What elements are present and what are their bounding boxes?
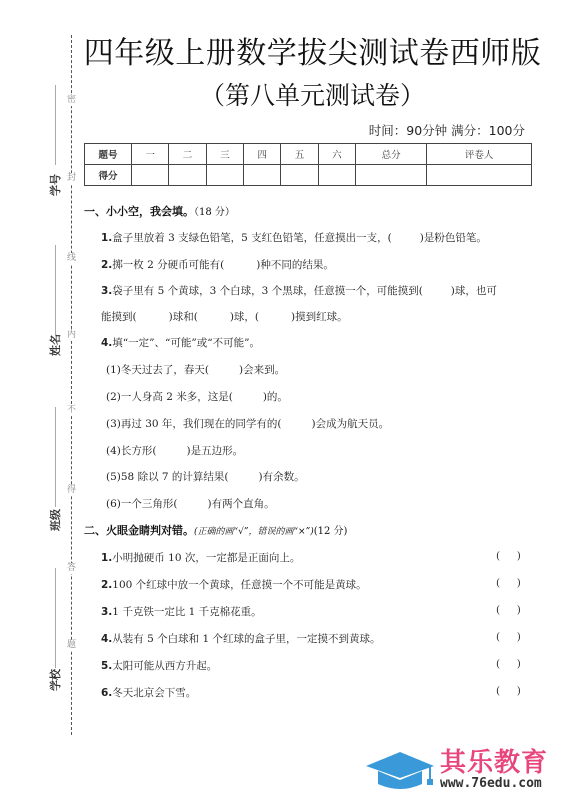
question-text: )会成为航天员。 bbox=[312, 418, 390, 430]
student-id-label: 学号 bbox=[47, 176, 63, 196]
name-label: 姓名 bbox=[47, 336, 63, 356]
class-line bbox=[55, 407, 56, 507]
question-text: 掷一枚 2 分硬币可能有( bbox=[112, 259, 224, 271]
question-1-3: 3.袋子里有 5 个黄球，3 个白球，3 个黑球，任意摸一个，可能摸到()球，也… bbox=[101, 283, 497, 298]
time-score-info: 时间：90分钟 满分：100分 bbox=[369, 121, 525, 139]
table-cell: 三 bbox=[206, 144, 243, 165]
school-label: 学校 bbox=[47, 671, 63, 691]
question-text: )球，也可 bbox=[451, 285, 497, 297]
table-cell: 得分 bbox=[85, 165, 132, 186]
judge-answer-blank[interactable]: ( ) bbox=[496, 658, 521, 670]
question-number: 2. bbox=[101, 259, 112, 271]
question-text: 100 个红球中放一个黄球，任意摸一个不可能是黄球。 bbox=[112, 579, 366, 591]
seal-char: 题 bbox=[64, 640, 79, 651]
question-text: (6)一个三角形( bbox=[106, 498, 177, 510]
question-text: (5)58 除以 7 的计算结果( bbox=[106, 471, 229, 483]
question-text: 盒子里放着 3 支绿色铅笔，5 支红色铅笔，任意摸出一支，( bbox=[112, 232, 391, 244]
section-1-title: 一、小小空，我会填。 bbox=[84, 205, 194, 218]
question-number: 4. bbox=[101, 337, 112, 349]
graduation-cap-icon bbox=[364, 748, 436, 792]
question-text: 1 千克铁一定比 1 千克棉花重。 bbox=[112, 606, 261, 618]
question-text: )是粉色铅笔。 bbox=[420, 232, 487, 244]
question-number: 3. bbox=[101, 606, 112, 618]
question-text: )会来到。 bbox=[239, 364, 285, 376]
question-text: 填“一定”、“可能”或“不可能”。 bbox=[112, 337, 260, 349]
score-cell bbox=[132, 165, 169, 186]
score-cell bbox=[244, 165, 281, 186]
table-cell: 二 bbox=[169, 144, 206, 165]
section-2-title: 二、火眼金睛判对错。 bbox=[84, 524, 194, 537]
score-cell bbox=[427, 165, 532, 186]
question-text: 冬天北京会下雪。 bbox=[112, 687, 196, 699]
section-2-points: (12 分) bbox=[314, 526, 348, 537]
table-cell: 题号 bbox=[85, 144, 132, 165]
seal-dashed-line bbox=[71, 35, 72, 735]
judge-answer-blank[interactable]: ( ) bbox=[496, 604, 521, 616]
score-cell bbox=[169, 165, 206, 186]
seal-char: 得 bbox=[64, 485, 79, 496]
table-cell: 六 bbox=[318, 144, 355, 165]
question-text: 太阳可能从西方升起。 bbox=[112, 660, 217, 672]
judge-answer-blank[interactable]: ( ) bbox=[496, 550, 521, 562]
page-subtitle: （第八单元测试卷） bbox=[60, 76, 565, 112]
question-text: )是五边形。 bbox=[186, 445, 243, 457]
judge-question-3: 3.1 千克铁一定比 1 千克棉花重。 bbox=[101, 604, 262, 619]
sub-question-3: (3)再过 30 年，我们现在的同学有的()会成为航天员。 bbox=[106, 416, 389, 431]
score-cell bbox=[318, 165, 355, 186]
score-table: 题号 一 二 三 四 五 六 总分 评卷人 得分 bbox=[84, 143, 532, 186]
question-number: 6. bbox=[101, 687, 112, 699]
judge-question-4: 4.从装有 5 个白球和 1 个红球的盒子里，一定摸不到黄球。 bbox=[101, 631, 381, 646]
question-text: 从装有 5 个白球和 1 个红球的盒子里，一定摸不到黄球。 bbox=[112, 633, 380, 645]
question-text: 小明抛硬币 10 次，一定都是正面向上。 bbox=[112, 552, 300, 564]
brand-name: 其乐教育 bbox=[440, 742, 548, 779]
brand-url: www.76edu.com bbox=[440, 776, 542, 791]
judge-answer-blank[interactable]: ( ) bbox=[496, 631, 521, 643]
question-text: (1)冬天过去了，春天( bbox=[106, 364, 209, 376]
sub-question-6: (6)一个三角形()有两个直角。 bbox=[106, 496, 275, 511]
question-text: (2)一人身高 2 米多，这是( bbox=[106, 391, 233, 403]
question-number: 1. bbox=[101, 552, 112, 564]
judge-question-2: 2.100 个红球中放一个黄球，任意摸一个不可能是黄球。 bbox=[101, 577, 367, 592]
question-number: 1. bbox=[101, 232, 112, 244]
question-text: )的。 bbox=[263, 391, 288, 403]
seal-char: 答 bbox=[64, 563, 79, 574]
table-cell: 评卷人 bbox=[427, 144, 532, 165]
question-1-2: 2.掷一枚 2 分硬币可能有()种不同的结果。 bbox=[101, 257, 334, 272]
question-text: (3)再过 30 年，我们现在的同学有的( bbox=[106, 418, 282, 430]
judge-question-6: 6.冬天北京会下雪。 bbox=[101, 685, 196, 700]
table-cell: 一 bbox=[132, 144, 169, 165]
name-line bbox=[55, 245, 56, 335]
sub-question-2: (2)一人身高 2 米多，这是()的。 bbox=[106, 389, 288, 404]
section-1-points: （18 分） bbox=[194, 207, 235, 218]
judge-question-5: 5.太阳可能从西方升起。 bbox=[101, 658, 217, 673]
question-number: 2. bbox=[101, 579, 112, 591]
question-1-4: 4.填“一定”、“可能”或“不可能”。 bbox=[101, 335, 260, 350]
seal-char: 内 bbox=[64, 330, 79, 341]
question-text: )球，( bbox=[230, 311, 259, 323]
page-title: 四年级上册数学拔尖测试卷西师版 bbox=[60, 28, 565, 72]
judge-question-1: 1.小明抛硬币 10 次，一定都是正面向上。 bbox=[101, 550, 300, 565]
question-1-3-cont: 能摸到()球和()球，()摸到红球。 bbox=[101, 309, 348, 324]
question-text: 袋子里有 5 个黄球，3 个白球，3 个黑球，任意摸一个，可能摸到( bbox=[112, 285, 423, 297]
sub-question-1: (1)冬天过去了，春天()会来到。 bbox=[106, 362, 285, 377]
question-text: )摸到红球。 bbox=[291, 311, 348, 323]
section-1-heading: 一、小小空，我会填。（18 分） bbox=[84, 203, 235, 219]
question-number: 3. bbox=[101, 285, 112, 297]
judge-answer-blank[interactable]: ( ) bbox=[496, 577, 521, 589]
section-2-note: (正确的画“√”，错误的画“×”) bbox=[194, 527, 314, 537]
question-text: )有两个直角。 bbox=[207, 498, 274, 510]
question-text: (4)长方形( bbox=[106, 445, 156, 457]
question-text: )种不同的结果。 bbox=[256, 259, 334, 271]
section-2-heading: 二、火眼金睛判对错。(正确的画“√”，错误的画“×”)(12 分) bbox=[84, 522, 347, 538]
judge-answer-blank[interactable]: ( ) bbox=[496, 685, 521, 697]
table-row-score: 得分 bbox=[85, 165, 532, 186]
seal-char: 线 bbox=[64, 253, 79, 264]
table-cell: 四 bbox=[244, 144, 281, 165]
seal-char: 封 bbox=[64, 173, 79, 184]
student-id-line bbox=[55, 85, 56, 165]
question-1-1: 1.盒子里放着 3 支绿色铅笔，5 支红色铅笔，任意摸出一支，()是粉色铅笔。 bbox=[101, 230, 487, 245]
school-line bbox=[55, 568, 56, 668]
question-text: 能摸到( bbox=[101, 311, 137, 323]
table-row-header: 题号 一 二 三 四 五 六 总分 评卷人 bbox=[85, 144, 532, 165]
score-cell bbox=[281, 165, 318, 186]
question-number: 4. bbox=[101, 633, 112, 645]
question-text: )有余数。 bbox=[259, 471, 305, 483]
table-cell: 总分 bbox=[356, 144, 427, 165]
table-cell: 五 bbox=[281, 144, 318, 165]
seal-char: 密 bbox=[64, 95, 79, 106]
sub-question-5: (5)58 除以 7 的计算结果()有余数。 bbox=[106, 469, 305, 484]
seal-char: 不 bbox=[64, 405, 79, 416]
score-cell bbox=[356, 165, 427, 186]
sub-question-4: (4)长方形()是五边形。 bbox=[106, 443, 243, 458]
question-number: 5. bbox=[101, 660, 112, 672]
class-label: 班级 bbox=[47, 511, 63, 531]
score-cell bbox=[206, 165, 243, 186]
question-text: )球和( bbox=[169, 311, 198, 323]
